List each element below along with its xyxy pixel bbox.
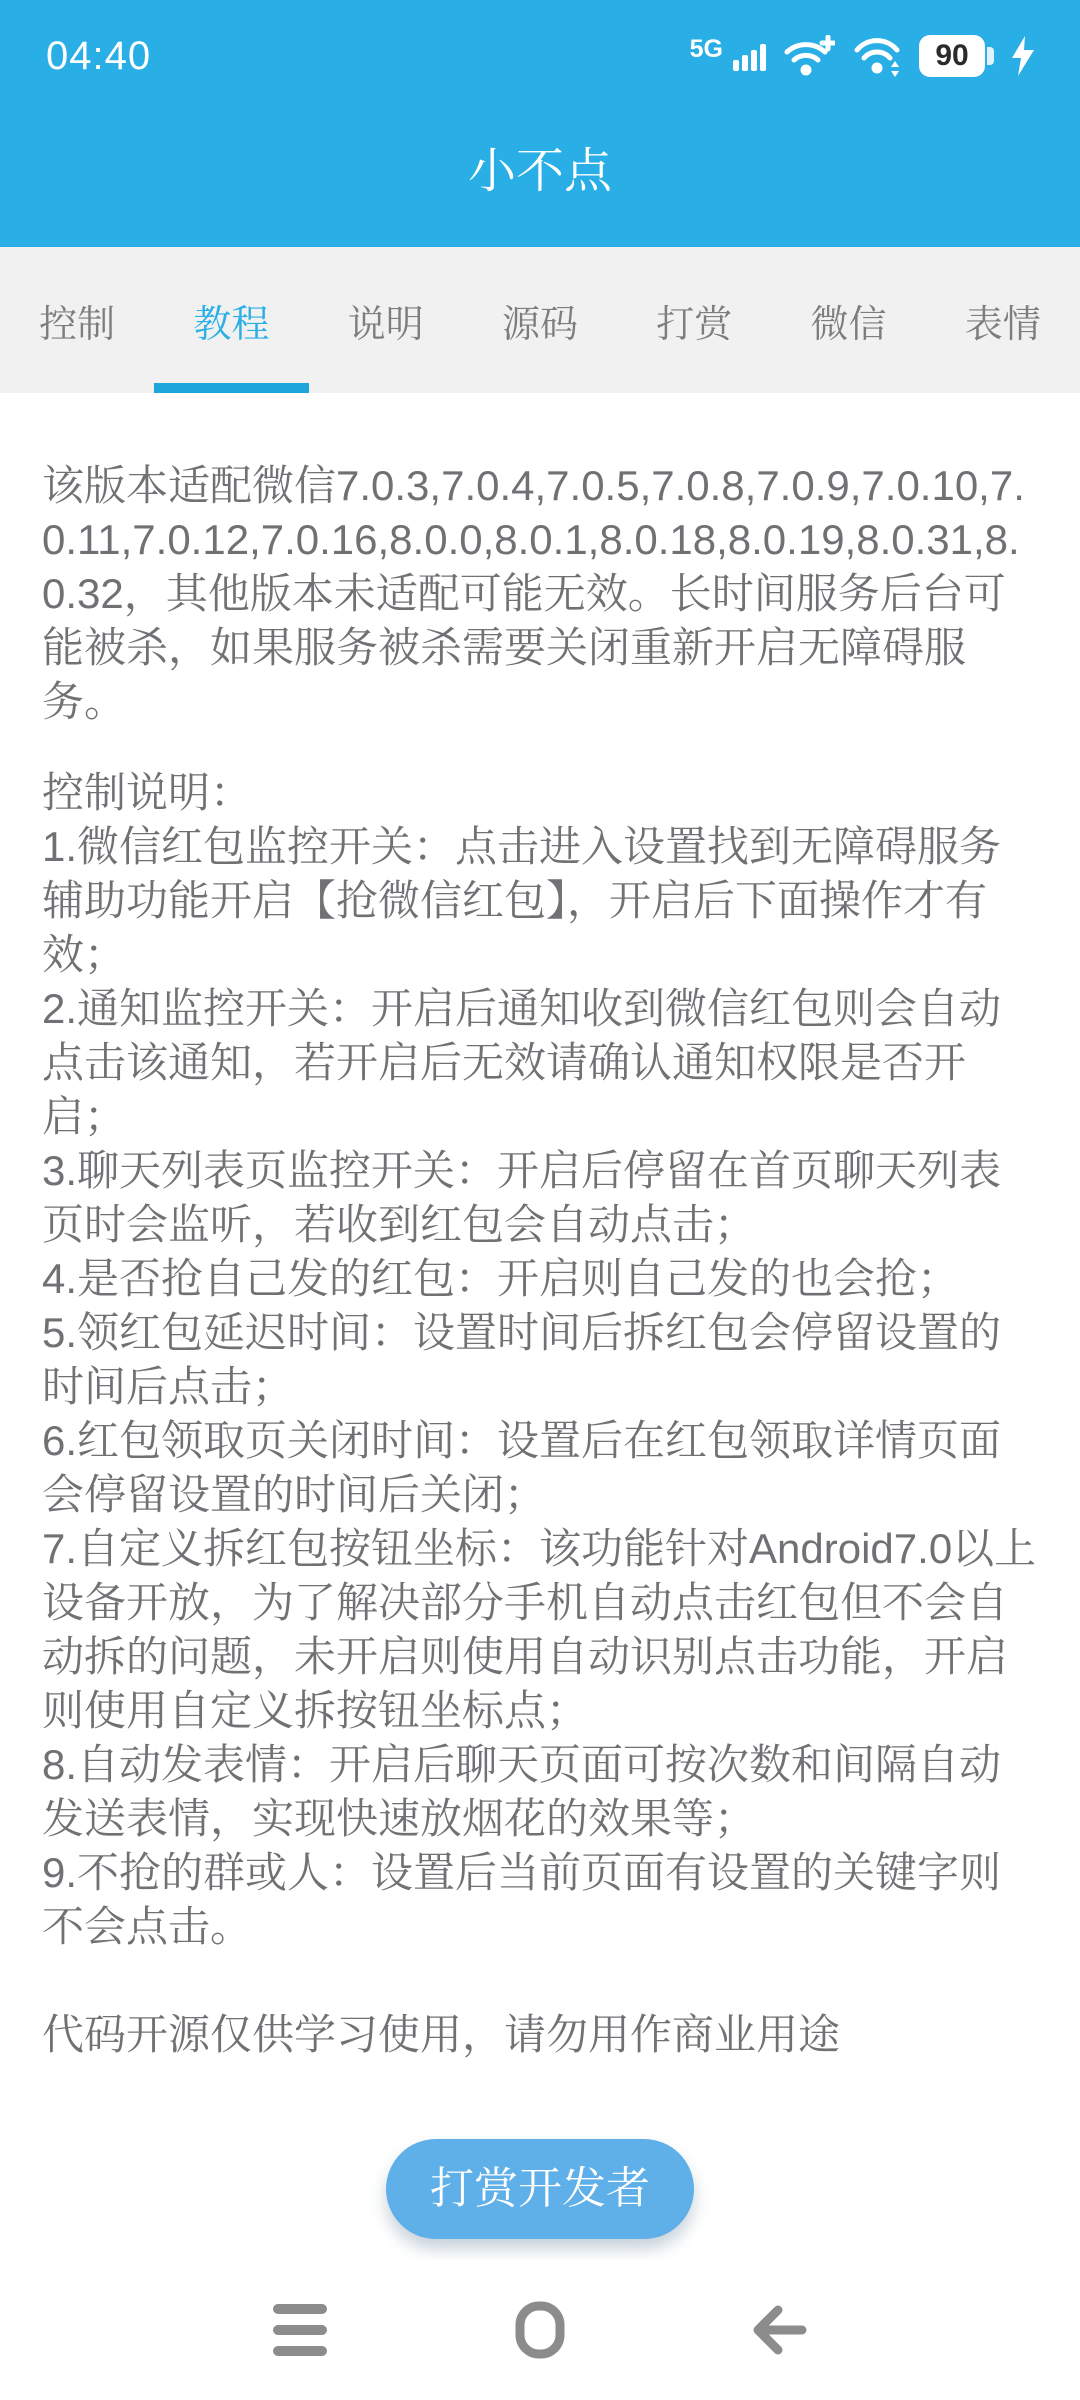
donate-button-row: 打赏开发者 — [42, 2139, 1038, 2239]
instruction-item: 4.是否抢自己发的红包：开启则自己发的也会抢； — [42, 1252, 1038, 1306]
tutorial-content: 该版本适配微信7.0.3,7.0.4,7.0.5,7.0.8,7.0.9,7.0… — [0, 393, 1080, 2317]
donate-developer-button[interactable]: 打赏开发者 — [386, 2139, 694, 2239]
home-icon[interactable] — [500, 2290, 580, 2370]
wifi-plus-icon — [783, 35, 835, 77]
active-tab-underline — [154, 383, 308, 393]
tab-bar: 控制 教程 说明 源码 打赏 微信 表情 — [0, 247, 1080, 393]
tab-wechat[interactable]: 微信 — [771, 247, 925, 393]
tab-label: 说明 — [348, 293, 424, 348]
status-icons: 5G — [690, 35, 1036, 77]
compat-paragraph: 该版本适配微信7.0.3,7.0.4,7.0.5,7.0.8,7.0.9,7.0… — [42, 459, 1038, 729]
instruction-item: 2.通知监控开关：开启后通知收到微信红包则会自动点击该通知，若开启后无效请确认通… — [42, 982, 1038, 1144]
tab-control[interactable]: 控制 — [0, 247, 154, 393]
app-header: 04:40 5G — [0, 0, 1080, 247]
tab-label: 教程 — [193, 293, 269, 348]
tab-label: 打赏 — [656, 293, 732, 348]
status-time: 04:40 — [46, 34, 151, 79]
instruction-item: 8.自动发表情：开启后聊天页面可按次数和间隔自动发送表情，实现快速放烟花的效果等… — [42, 1738, 1038, 1846]
back-arrow-icon[interactable] — [740, 2290, 820, 2370]
recents-menu-icon[interactable] — [260, 2290, 340, 2370]
tab-label: 微信 — [811, 293, 887, 348]
battery-nub — [987, 47, 994, 65]
tab-tutorial[interactable]: 教程 — [154, 247, 308, 393]
instruction-item: 3.聊天列表页监控开关：开启后停留在首页聊天列表页时会监听，若收到红包会自动点击… — [42, 1144, 1038, 1252]
tab-donate[interactable]: 打赏 — [617, 247, 771, 393]
page-title: 小不点 — [0, 132, 1080, 201]
battery-icon: 90 — [919, 35, 994, 77]
instruction-item: 9.不抢的群或人：设置后当前页面有设置的关键字则不会点击。 — [42, 1846, 1038, 1954]
license-note: 代码开源仅供学习使用，请勿用作商业用途 — [42, 2008, 1038, 2062]
instruction-item: 1.微信红包监控开关：点击进入设置找到无障碍服务辅助功能开启【抢微信红包】，开启… — [42, 820, 1038, 982]
wifi-arrows-icon — [851, 35, 903, 77]
tab-emoji[interactable]: 表情 — [926, 247, 1080, 393]
tab-source[interactable]: 源码 — [463, 247, 617, 393]
network-type-label: 5G — [690, 35, 723, 64]
tab-label: 控制 — [39, 293, 115, 348]
android-nav-bar — [0, 2260, 1080, 2400]
signal-bars-icon — [733, 41, 767, 71]
instructions-title: 控制说明： — [42, 766, 1038, 820]
tab-label: 表情 — [965, 293, 1041, 348]
charging-bolt-icon — [1010, 36, 1036, 76]
instruction-item: 6.红包领取页关闭时间：设置后在红包领取详情页面会停留设置的时间后关闭； — [42, 1414, 1038, 1522]
status-bar: 04:40 5G — [0, 0, 1080, 90]
instruction-item: 7.自定义拆红包按钮坐标：该功能针对Android7.0以上设备开放，为了解决部… — [42, 1522, 1038, 1738]
tab-label: 源码 — [502, 293, 578, 348]
tab-explain[interactable]: 说明 — [309, 247, 463, 393]
battery-level: 90 — [919, 35, 985, 77]
instruction-item: 5.领红包延迟时间：设置时间后拆红包会停留设置的时间后点击； — [42, 1306, 1038, 1414]
